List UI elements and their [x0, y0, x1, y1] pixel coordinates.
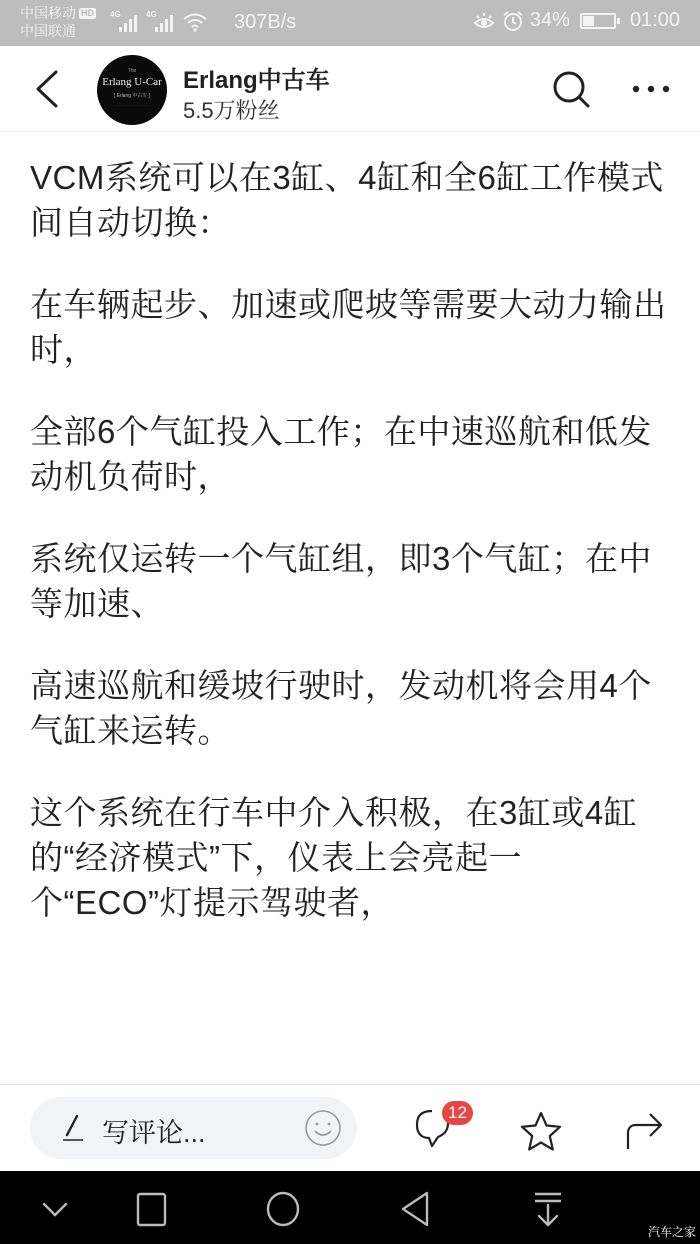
chevron-left-icon [28, 64, 68, 114]
network-speed: 307B/s [234, 11, 296, 34]
download-icon [528, 1189, 568, 1229]
pencil-icon [60, 1113, 86, 1143]
search-button[interactable] [550, 68, 594, 112]
recent-apps-icon [132, 1189, 172, 1229]
share-arrow-icon [620, 1109, 666, 1155]
article-paragraph: 在车辆起步、加速或爬坡等需要大动力输出时， [30, 282, 680, 372]
article-header: The Erlang U-Car [ Erlang 中古车 ] ........… [0, 46, 700, 132]
more-button[interactable] [626, 76, 676, 102]
article-paragraph: 高速巡航和缓坡行驶时，发动机将会用4个气缸来运转。 [30, 663, 680, 753]
carrier-info: 中国移动HD 中国联通 [20, 4, 96, 40]
search-icon [550, 68, 594, 112]
system-status: 34% 01:00 [472, 9, 680, 32]
share-button[interactable] [620, 1109, 666, 1155]
back-button[interactable] [28, 64, 68, 114]
carrier-1: 中国移动 [20, 5, 76, 21]
article-body: VCM系统可以在3缸、4缸和全6缸工作模式间自动切换： 在车辆起步、加速或爬坡等… [30, 155, 680, 962]
clock: 01:00 [630, 9, 680, 32]
article-paragraph: 这个系统在行车中介入积极，在3缸或4缸的“经济模式”下，仪表上会亮起一个“ECO… [30, 790, 680, 925]
signal-icon: 4G [146, 10, 174, 32]
emoji-button[interactable] [304, 1109, 342, 1147]
hide-nav-button[interactable] [35, 1189, 75, 1229]
comments-button[interactable]: 12 [412, 1105, 472, 1153]
smiley-icon [304, 1109, 342, 1147]
status-bar: 中国移动HD 中国联通 4G 4G 307B/s 34% [0, 0, 700, 46]
article-paragraph: 系统仅运转一个气缸组，即3个气缸；在中等加速、 [30, 536, 680, 626]
recent-apps-button[interactable] [132, 1189, 172, 1229]
home-button[interactable] [263, 1189, 303, 1229]
watermark: 汽车之家 [648, 1223, 696, 1240]
action-bar: 写评论... 12 [0, 1084, 700, 1171]
signal-icon: 4G [110, 10, 138, 32]
star-icon [518, 1109, 564, 1155]
hd-badge: HD [79, 8, 96, 19]
wifi-icon [182, 12, 208, 32]
battery-percent: 34% [530, 9, 570, 32]
eye-comfort-icon [472, 10, 496, 32]
battery-icon [580, 13, 616, 29]
back-nav-button[interactable] [397, 1189, 437, 1229]
follower-count: 5.5万粉丝 [183, 94, 280, 125]
favorite-button[interactable] [518, 1109, 564, 1155]
signal-indicators: 4G 4G [110, 10, 208, 32]
back-icon [397, 1189, 437, 1229]
home-icon [263, 1189, 303, 1229]
comment-input[interactable]: 写评论... [30, 1097, 357, 1159]
carrier-2: 中国联通 [20, 22, 96, 40]
chevron-down-icon [35, 1189, 75, 1229]
comment-placeholder: 写评论... [102, 1111, 206, 1150]
avatar[interactable]: The Erlang U-Car [ Erlang 中古车 ] ........… [97, 55, 167, 125]
comment-count-badge: 12 [442, 1101, 473, 1125]
account-name[interactable]: Erlang中古车 [183, 60, 330, 95]
system-nav-bar: 汽车之家 [0, 1171, 700, 1244]
article-paragraph: VCM系统可以在3缸、4缸和全6缸工作模式间自动切换： [30, 155, 680, 245]
article-paragraph: 全部6个气缸投入工作；在中速巡航和低发动机负荷时， [30, 409, 680, 499]
alarm-icon [502, 10, 524, 32]
notification-pulldown-button[interactable] [528, 1189, 568, 1229]
more-dots-icon [626, 76, 676, 102]
